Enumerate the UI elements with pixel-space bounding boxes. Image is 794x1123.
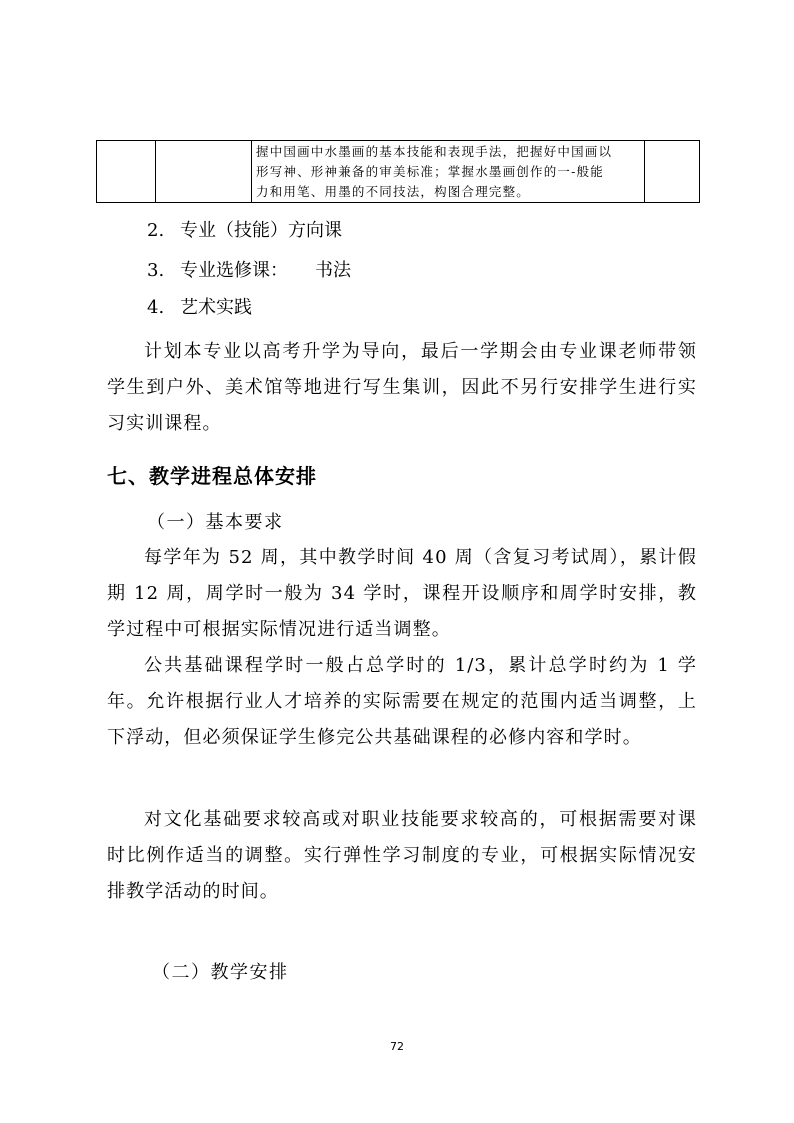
list-item: 2.专业（技能）方向课: [147, 216, 342, 242]
paragraph: 对文化基础要求较高或对职业技能要求较高的，可根据需要对课时比例作适当的调整。实行…: [107, 802, 697, 910]
paragraph-practice: 计划本专业以高考升学为导向，最后一学期会由专业课老师带领学生到户外、美术馆等地进…: [107, 334, 697, 442]
table-cell-empty: [156, 141, 252, 203]
list-item: 4.艺术实践: [147, 293, 252, 319]
subsection-heading: （一）基本要求: [147, 508, 284, 534]
document-page: 握中国画中水墨画的基本技能和表现手法，把握好中国画以 形写神、形神兼备的审美标准…: [0, 0, 794, 1123]
list-text: 专业选修课： 书法: [180, 260, 351, 281]
curriculum-table-fragment: 握中国画中水墨画的基本技能和表现手法，把握好中国画以 形写神、形神兼备的审美标准…: [96, 140, 700, 203]
cell-line: 形写神、形神兼备的审美标准；掌握水墨画创作的一-般能: [252, 162, 644, 182]
table-cell-description: 握中国画中水墨画的基本技能和表现手法，把握好中国画以 形写神、形神兼备的审美标准…: [252, 141, 645, 203]
list-number: 2.: [147, 220, 180, 241]
table-cell-empty: [97, 141, 156, 203]
list-text: 艺术实践: [180, 297, 252, 318]
table-cell-empty: [645, 141, 700, 203]
cell-line: 握中国画中水墨画的基本技能和表现手法，把握好中国画以: [252, 141, 644, 162]
subsection-heading: （二）教学安排: [152, 958, 289, 984]
section-heading: 七、教学进程总体安排: [107, 460, 317, 489]
list-text: 专业（技能）方向课: [180, 220, 342, 241]
list-number: 4.: [147, 297, 180, 318]
page-number: 72: [0, 1040, 794, 1053]
list-number: 3.: [147, 260, 180, 281]
list-item: 3.专业选修课： 书法: [147, 256, 351, 282]
paragraph: 每学年为 52 周，其中教学时间 40 周（含复习考试周），累计假期 12 周，…: [107, 540, 697, 648]
cell-line: 力和用笔、用墨的不同技法，构图合理完整。: [252, 182, 644, 202]
table-row: 握中国画中水墨画的基本技能和表现手法，把握好中国画以 形写神、形神兼备的审美标准…: [97, 141, 700, 203]
paragraph: 公共基础课程学时一般占总学时的 1/3，累计总学时约为 1 学年。允许根据行业人…: [107, 648, 697, 756]
